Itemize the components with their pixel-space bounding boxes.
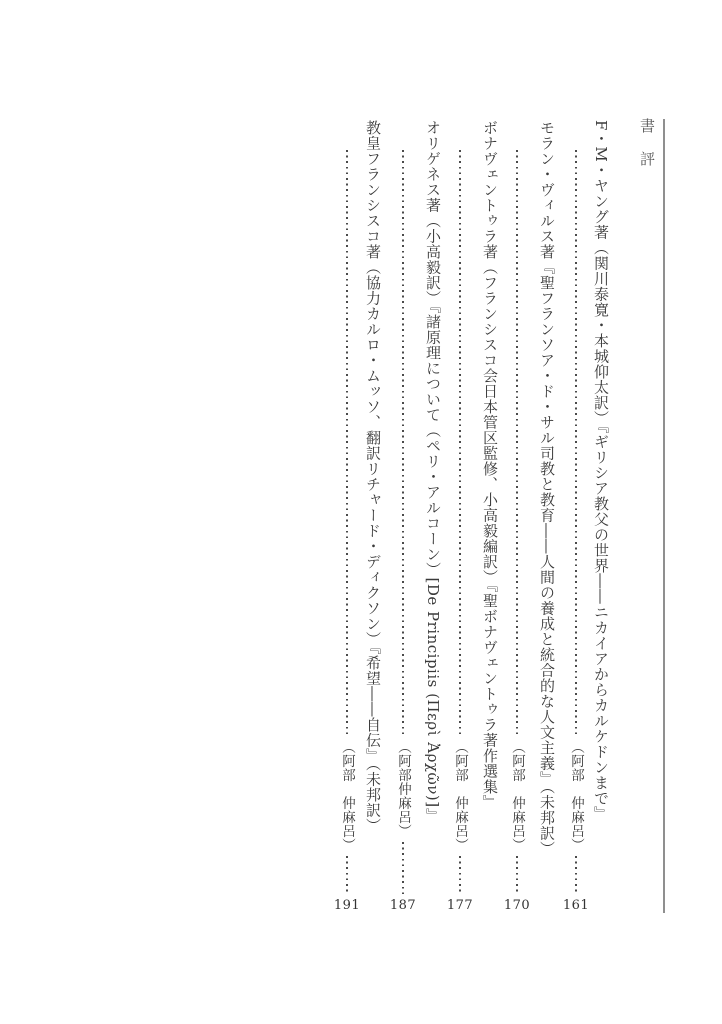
- leader-dots: [459, 150, 461, 738]
- reviewer-name: （阿部仲麻呂）: [393, 740, 413, 838]
- review-title: オリゲネス著（小高毅訳）『諸原理について（ペリ・アルコーン）[De Princi…: [422, 120, 444, 920]
- reviewer-name: （阿部 仲麻呂）: [337, 740, 357, 852]
- page-number: 187: [390, 899, 416, 913]
- section-heading: 書評: [634, 118, 658, 184]
- reviewer-name: （阿部 仲麻呂）: [450, 740, 470, 852]
- review-title: 教皇フランシスコ著（協力カルロ・ムッソ、翻訳リチャード・ディクソン）『希望――自…: [362, 120, 384, 920]
- reviewer-name: （阿部 仲麻呂）: [507, 740, 527, 852]
- leader-dots: [402, 150, 404, 738]
- leader-dots: [516, 856, 518, 895]
- review-leader: （阿部 仲麻呂） 170: [507, 120, 527, 913]
- leader-dots: [575, 856, 577, 895]
- review-title: F・M・ヤング著（関川泰寛・本城仰太訳）『ギリシア教父の世界――ニカイアからカル…: [590, 120, 612, 920]
- toc-page: 書評 F・M・ヤング著（関川泰寛・本城仰太訳）『ギリシア教父の世界――ニカイアか…: [0, 0, 722, 1024]
- leader-dots: [459, 856, 461, 895]
- review-leader: （阿部 仲麻呂） 191: [337, 120, 357, 913]
- page-number: 161: [563, 899, 589, 913]
- heading-rule: [663, 119, 665, 913]
- review-leader: （阿部仲麻呂） 187: [393, 120, 413, 913]
- review-leader: （阿部 仲麻呂） 177: [450, 120, 470, 913]
- leader-dots: [402, 842, 404, 895]
- page-number: 191: [334, 899, 360, 913]
- leader-dots: [575, 150, 577, 738]
- leader-dots: [346, 150, 348, 738]
- reviewer-name: （阿部 仲麻呂）: [566, 740, 586, 852]
- page-number: 170: [504, 899, 530, 913]
- leader-dots: [346, 856, 348, 895]
- review-title: ボナヴェントゥラ著（フランシスコ会日本管区監修、小高毅編訳）『聖ボナヴェントゥラ…: [479, 120, 501, 920]
- review-title: モラン・ヴィルス著『聖フランソア・ド・サル司教と教育――人間の養成と統合的な人文…: [536, 120, 558, 920]
- page-number: 177: [447, 899, 473, 913]
- review-leader: （阿部 仲麻呂） 161: [566, 120, 586, 913]
- leader-dots: [516, 150, 518, 738]
